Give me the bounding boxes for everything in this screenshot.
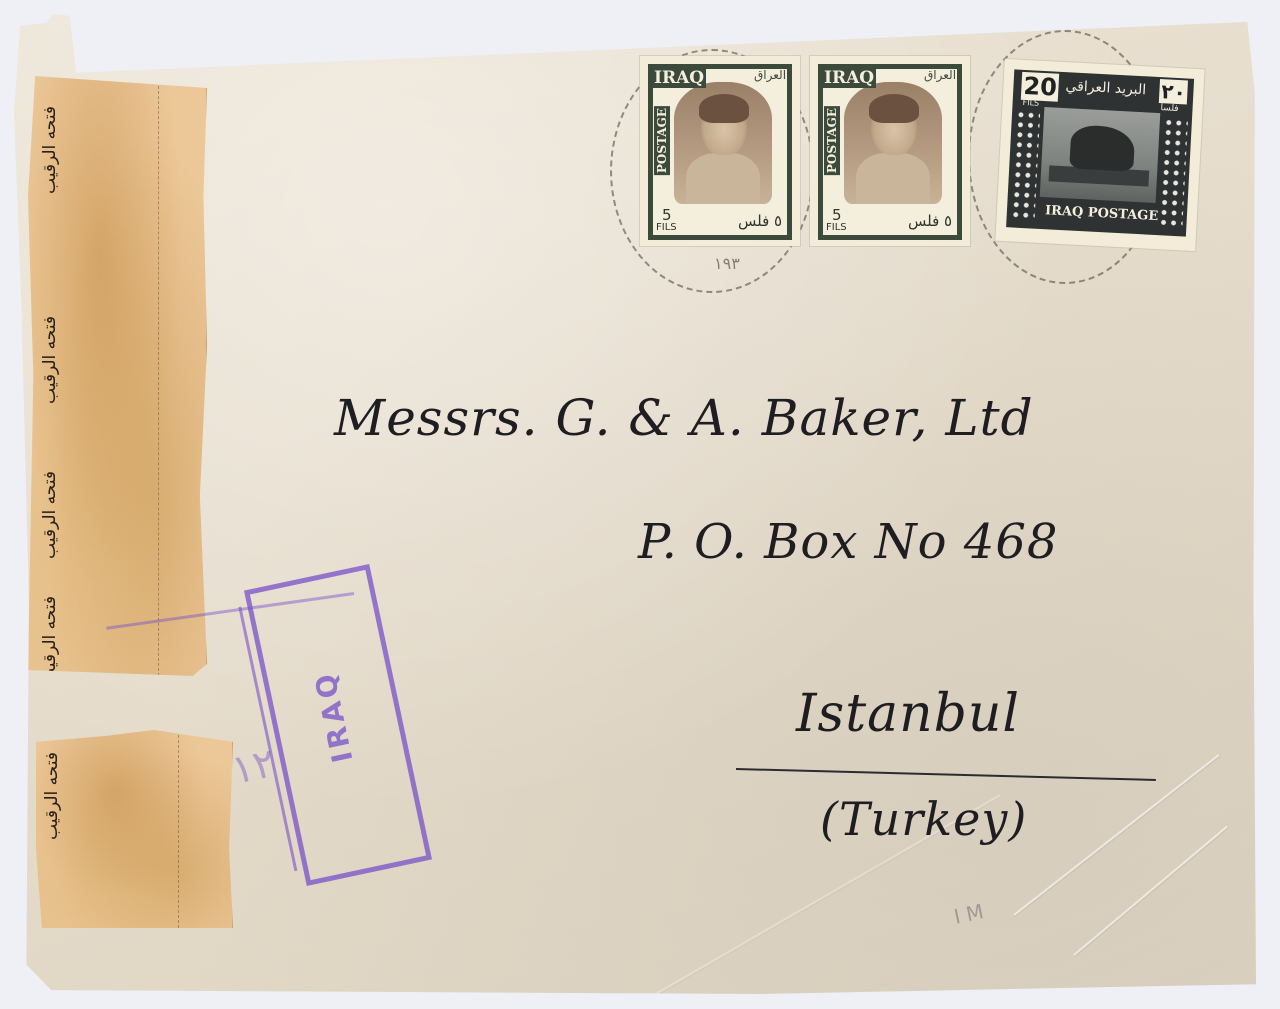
stamp-arabic-country: العراق (924, 68, 956, 82)
stamp-arabic-country: العراق (754, 68, 786, 82)
address-line-2: P. O. Box No 468 (638, 514, 1058, 570)
stamp-20-fils: 20 FILS البريد العراقي ٢٠ فلسا IRAQ POST… (995, 59, 1204, 251)
postmark-fragment: ١٩٣ (714, 254, 740, 273)
censor-tape-lower: فتحه الرقيب (36, 730, 233, 928)
address-line-4: (Turkey) (820, 792, 1027, 846)
censor-tape-upper: فتحه الرقيب فتحه الرقيب فتحه الرقيب فتحه… (28, 76, 207, 676)
censor-tape-label: فتحه الرقيب (40, 106, 60, 194)
censor-tape-label: فتحه الرقيب (40, 316, 60, 404)
stamp-unit: FILS (656, 222, 677, 233)
stamp-country-label: IRAQ (652, 68, 706, 88)
stamp-postage-label: POSTAGE (824, 106, 840, 175)
tape-perforation (158, 76, 159, 676)
address-line-3: Istanbul (796, 684, 1020, 744)
censor-inner-line (238, 607, 297, 872)
envelope: فتحه الرقيب فتحه الرقيب فتحه الرقيب فتحه… (14, 14, 1256, 994)
stamp-arabic-unit: فلسا (1160, 103, 1179, 114)
censor-label: IRAQ (308, 667, 360, 765)
stamp-postage-label: POSTAGE (654, 106, 670, 175)
censor-tape-label: فتحه الرقيب (40, 596, 60, 684)
portrait-boy-king (674, 82, 772, 204)
paper-crease (1073, 826, 1227, 956)
censor-number-mark: ١٢ (228, 740, 280, 794)
stamp-unit: FILS (1022, 98, 1039, 108)
stamp-unit: FILS (826, 222, 847, 233)
censor-handstamp: IRAQ (244, 564, 432, 886)
stamp-arabic-value: ٥ فلس (738, 212, 782, 230)
stamp-5-fils-1: IRAQ POSTAGE العراق 5 FILS ٥ فلس (640, 56, 800, 246)
address-underline (736, 768, 1156, 781)
pencil-note: I M (952, 899, 986, 929)
stamp-country-label: IRAQ (822, 68, 876, 88)
stamp-arabic-value: ٥ فلس (908, 212, 952, 230)
stamp-5-fils-2: IRAQ POSTAGE العراق 5 FILS ٥ فلس (810, 56, 970, 246)
address-line-1: Messrs. G. & A. Baker, Ltd (334, 389, 1034, 447)
portrait-boy-king (844, 82, 942, 204)
stamp-arabic-value: ٢٠ (1159, 79, 1189, 104)
censor-tape-label: فتحه الرقيب (40, 471, 60, 559)
tape-perforation (178, 730, 179, 928)
stamp-scene (1040, 107, 1161, 203)
lion-of-babylon (1069, 124, 1135, 171)
censor-tape-label: فتحه الرقيب (42, 752, 62, 840)
